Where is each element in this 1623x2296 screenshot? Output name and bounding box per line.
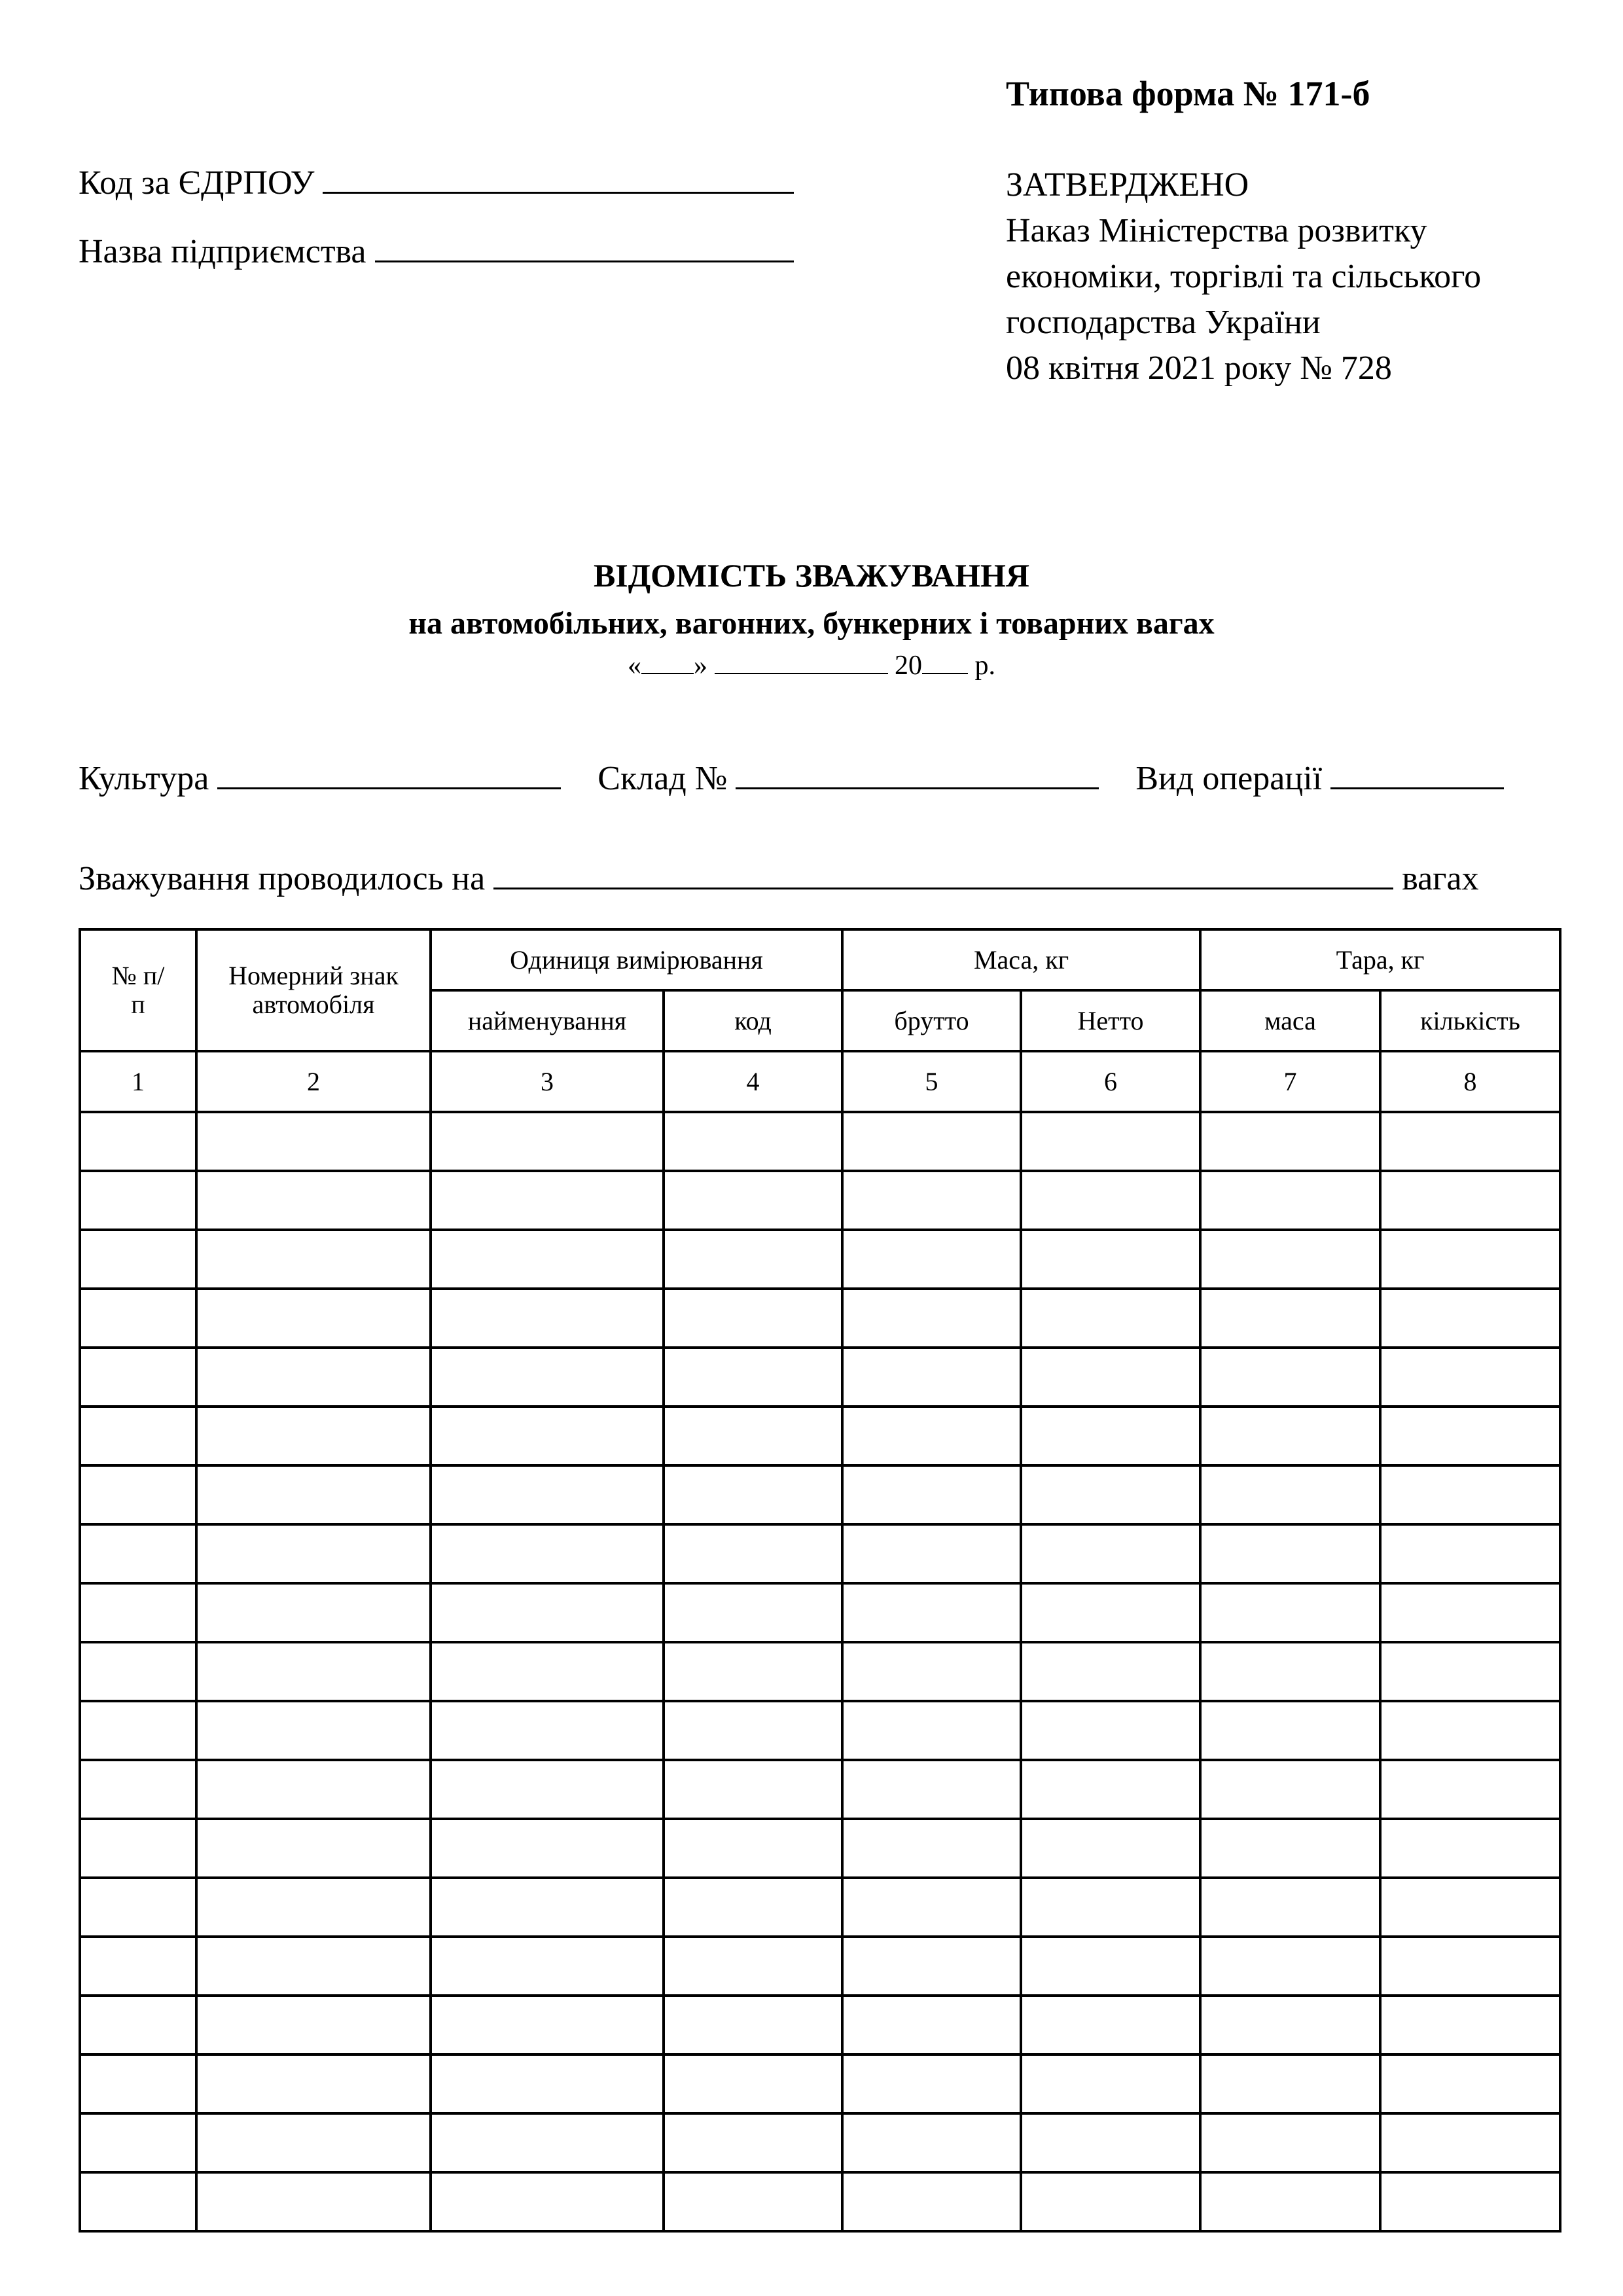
cell-unit-code[interactable] [664, 1112, 842, 1171]
cell-plate[interactable] [196, 1819, 431, 1878]
cell-tare-mass[interactable] [1200, 1524, 1380, 1583]
cell-number[interactable] [80, 1996, 196, 2054]
cell-gross[interactable] [842, 2172, 1021, 2231]
cell-gross[interactable] [842, 1407, 1021, 1465]
cell-unit-name[interactable] [431, 1171, 664, 1230]
operation-label: Вид операції [1135, 760, 1322, 797]
edrpou-field[interactable] [323, 166, 794, 194]
cell-tare-quantity[interactable] [1380, 1996, 1560, 2054]
approval-line: економіки, торгівлі та сільського [1006, 254, 1481, 300]
cell-tare-quantity[interactable] [1380, 1760, 1560, 1819]
cell-tare-quantity[interactable] [1380, 1230, 1560, 1289]
cell-plate[interactable] [196, 1112, 431, 1171]
cell-plate[interactable] [196, 1289, 431, 1348]
cell-tare-mass[interactable] [1200, 1937, 1380, 1996]
cell-unit-name[interactable] [431, 1407, 664, 1465]
culture-label: Культура [79, 760, 209, 797]
table-row [80, 1348, 1560, 1407]
table-row [80, 1701, 1560, 1760]
cell-net[interactable] [1021, 1583, 1200, 1642]
date-close-quote: » [694, 651, 707, 681]
column-number: 1 [80, 1051, 196, 1112]
cell-tare-quantity[interactable] [1380, 2054, 1560, 2113]
cell-tare-mass[interactable] [1200, 1642, 1380, 1701]
cell-number[interactable] [80, 1230, 196, 1289]
cell-unit-name[interactable] [431, 1465, 664, 1524]
cell-unit-code[interactable] [664, 1583, 842, 1642]
cell-gross[interactable] [842, 1289, 1021, 1348]
approval-line: господарства України [1006, 300, 1481, 346]
cell-unit-code[interactable] [664, 1289, 842, 1348]
column-number: 7 [1200, 1051, 1380, 1112]
document-title: ВІДОМІСТЬ ЗВАЖУВАННЯ [0, 556, 1623, 594]
cell-tare-mass[interactable] [1200, 1112, 1380, 1171]
operation-field[interactable] [1330, 761, 1504, 789]
culture-field[interactable] [217, 761, 561, 789]
cell-net[interactable] [1021, 1230, 1200, 1289]
cell-number[interactable] [80, 1878, 196, 1937]
cell-unit-code[interactable] [664, 1524, 842, 1583]
cell-net[interactable] [1021, 1878, 1200, 1937]
cell-plate[interactable] [196, 1407, 431, 1465]
weighing-scales-field[interactable] [493, 861, 1393, 889]
cell-net[interactable] [1021, 1465, 1200, 1524]
cell-plate[interactable] [196, 1348, 431, 1407]
cell-net[interactable] [1021, 1760, 1200, 1819]
cell-tare-mass[interactable] [1200, 2113, 1380, 2172]
cell-number[interactable] [80, 1760, 196, 1819]
cell-net[interactable] [1021, 2113, 1200, 2172]
date-month-field[interactable] [715, 653, 888, 674]
enterprise-name-field[interactable] [375, 234, 794, 262]
column-number-row: 1 2 3 4 5 6 7 8 [80, 1051, 1560, 1112]
cell-net[interactable] [1021, 1112, 1200, 1171]
cell-tare-mass[interactable] [1200, 1348, 1380, 1407]
cell-plate[interactable] [196, 1701, 431, 1760]
cell-gross[interactable] [842, 1524, 1021, 1583]
warehouse-label: Склад № [597, 760, 727, 797]
table-row [80, 1819, 1560, 1878]
table-row [80, 2113, 1560, 2172]
header-gross: брутто [842, 990, 1021, 1051]
cell-number[interactable] [80, 2172, 196, 2231]
cell-unit-code[interactable] [664, 2054, 842, 2113]
cell-plate[interactable] [196, 2054, 431, 2113]
cell-tare-quantity[interactable] [1380, 1348, 1560, 1407]
cell-number[interactable] [80, 1642, 196, 1701]
cell-unit-code[interactable] [664, 1348, 842, 1407]
header-unit-name: найменування [431, 990, 664, 1051]
cell-unit-name[interactable] [431, 2054, 664, 2113]
date-year-field[interactable] [922, 653, 968, 674]
cell-gross[interactable] [842, 1642, 1021, 1701]
cell-plate[interactable] [196, 1583, 431, 1642]
cell-unit-code[interactable] [664, 1465, 842, 1524]
column-number: 6 [1021, 1051, 1200, 1112]
cell-gross[interactable] [842, 2054, 1021, 2113]
cell-tare-mass[interactable] [1200, 1878, 1380, 1937]
table-row [80, 1583, 1560, 1642]
cell-tare-quantity[interactable] [1380, 1583, 1560, 1642]
table-row [80, 1407, 1560, 1465]
column-number: 2 [196, 1051, 431, 1112]
table-row [80, 2172, 1560, 2231]
cell-tare-mass[interactable] [1200, 1230, 1380, 1289]
cell-unit-code[interactable] [664, 2172, 842, 2231]
approval-line: Наказ Міністерства розвитку [1006, 208, 1481, 254]
document-date: «» 20 р. [0, 650, 1623, 681]
cell-unit-code[interactable] [664, 1996, 842, 2054]
cell-unit-name[interactable] [431, 1937, 664, 1996]
cell-plate[interactable] [196, 1760, 431, 1819]
cell-number[interactable] [80, 1171, 196, 1230]
cell-tare-mass[interactable] [1200, 1701, 1380, 1760]
cell-net[interactable] [1021, 1289, 1200, 1348]
cell-plate[interactable] [196, 1524, 431, 1583]
header-unit-group: Одиниця вимірювання [431, 929, 842, 990]
header-net: Нетто [1021, 990, 1200, 1051]
cell-plate[interactable] [196, 1171, 431, 1230]
details-row: Культура Склад № Вид операції [79, 759, 1559, 798]
header-unit-code: код [664, 990, 842, 1051]
cell-number[interactable] [80, 1465, 196, 1524]
cell-tare-mass[interactable] [1200, 1465, 1380, 1524]
cell-tare-mass[interactable] [1200, 2054, 1380, 2113]
cell-unit-code[interactable] [664, 1701, 842, 1760]
cell-tare-quantity[interactable] [1380, 1524, 1560, 1583]
cell-tare-mass[interactable] [1200, 1819, 1380, 1878]
table-row [80, 1760, 1560, 1819]
cell-net[interactable] [1021, 1937, 1200, 1996]
cell-net[interactable] [1021, 2172, 1200, 2231]
cell-number[interactable] [80, 1348, 196, 1407]
column-number: 3 [431, 1051, 664, 1112]
cell-net[interactable] [1021, 2054, 1200, 2113]
cell-plate[interactable] [196, 2172, 431, 2231]
edrpou-row: Код за ЄДРПОУ [79, 164, 794, 202]
cell-unit-name[interactable] [431, 1112, 664, 1171]
cell-gross[interactable] [842, 1878, 1021, 1937]
cell-unit-name[interactable] [431, 1230, 664, 1289]
cell-gross[interactable] [842, 1937, 1021, 1996]
table-row [80, 1230, 1560, 1289]
cell-tare-mass[interactable] [1200, 1760, 1380, 1819]
cell-number[interactable] [80, 1407, 196, 1465]
cell-unit-name[interactable] [431, 1878, 664, 1937]
cell-tare-quantity[interactable] [1380, 1642, 1560, 1701]
enterprise-name-label: Назва підприємства [79, 233, 366, 270]
table-row [80, 1465, 1560, 1524]
table-row [80, 1524, 1560, 1583]
cell-net[interactable] [1021, 1701, 1200, 1760]
edrpou-label: Код за ЄДРПОУ [79, 164, 314, 202]
cell-unit-name[interactable] [431, 1819, 664, 1878]
date-open-quote: « [628, 651, 641, 681]
date-year-prefix: 20 [895, 651, 922, 681]
cell-tare-quantity[interactable] [1380, 2113, 1560, 2172]
cell-gross[interactable] [842, 2113, 1021, 2172]
cell-unit-code[interactable] [664, 1878, 842, 1937]
approval-block: ЗАТВЕРДЖЕНО Наказ Міністерства розвитку … [1006, 162, 1481, 391]
cell-plate[interactable] [196, 1996, 431, 2054]
cell-tare-quantity[interactable] [1380, 1407, 1560, 1465]
cell-number[interactable] [80, 1289, 196, 1348]
cell-net[interactable] [1021, 1642, 1200, 1701]
cell-tare-mass[interactable] [1200, 1171, 1380, 1230]
cell-unit-code[interactable] [664, 1642, 842, 1701]
cell-plate[interactable] [196, 1878, 431, 1937]
cell-tare-quantity[interactable] [1380, 1819, 1560, 1878]
cell-unit-name[interactable] [431, 2172, 664, 2231]
weighing-row: Зважування проводилось на вагах [79, 859, 1479, 898]
column-number: 4 [664, 1051, 842, 1112]
cell-unit-name[interactable] [431, 1348, 664, 1407]
cell-gross[interactable] [842, 1583, 1021, 1642]
table-row [80, 1996, 1560, 2054]
cell-unit-code[interactable] [664, 1760, 842, 1819]
cell-number[interactable] [80, 1112, 196, 1171]
table-row [80, 1171, 1560, 1230]
cell-number[interactable] [80, 1583, 196, 1642]
cell-unit-code[interactable] [664, 1230, 842, 1289]
cell-unit-code[interactable] [664, 1937, 842, 1996]
header-plate: Номерний знак автомобіля [196, 929, 431, 1051]
cell-unit-name[interactable] [431, 1760, 664, 1819]
cell-number[interactable] [80, 1819, 196, 1878]
cell-unit-name[interactable] [431, 1701, 664, 1760]
cell-tare-quantity[interactable] [1380, 1701, 1560, 1760]
cell-gross[interactable] [842, 1465, 1021, 1524]
date-suffix: р. [975, 651, 996, 681]
cell-tare-mass[interactable] [1200, 2172, 1380, 2231]
table-row [80, 1878, 1560, 1937]
cell-tare-mass[interactable] [1200, 1996, 1380, 2054]
table-row [80, 2054, 1560, 2113]
cell-tare-quantity[interactable] [1380, 1937, 1560, 1996]
cell-number[interactable] [80, 1701, 196, 1760]
cell-tare-quantity[interactable] [1380, 1289, 1560, 1348]
cell-gross[interactable] [842, 1760, 1021, 1819]
cell-gross[interactable] [842, 1112, 1021, 1171]
cell-net[interactable] [1021, 1348, 1200, 1407]
form-number: Типова форма № 171-б [1006, 73, 1370, 114]
cell-plate[interactable] [196, 1642, 431, 1701]
cell-plate[interactable] [196, 1937, 431, 1996]
warehouse-field[interactable] [736, 761, 1099, 789]
cell-unit-name[interactable] [431, 1524, 664, 1583]
cell-gross[interactable] [842, 1348, 1021, 1407]
cell-unit-name[interactable] [431, 2113, 664, 2172]
cell-tare-quantity[interactable] [1380, 1112, 1560, 1171]
cell-number[interactable] [80, 2054, 196, 2113]
cell-unit-name[interactable] [431, 1996, 664, 2054]
column-number: 5 [842, 1051, 1021, 1112]
approval-heading: ЗАТВЕРДЖЕНО [1006, 162, 1481, 208]
table-row [80, 1289, 1560, 1348]
cell-tare-mass[interactable] [1200, 1289, 1380, 1348]
cell-number[interactable] [80, 2113, 196, 2172]
cell-tare-quantity[interactable] [1380, 1878, 1560, 1937]
cell-number[interactable] [80, 1524, 196, 1583]
weighing-label: Зважування проводилось на [79, 860, 485, 897]
weighing-table: № п/п Номерний знак автомобіля Одиниця в… [79, 928, 1561, 2233]
approval-line: 08 квітня 2021 року № 728 [1006, 346, 1481, 391]
cell-gross[interactable] [842, 1996, 1021, 2054]
cell-unit-code[interactable] [664, 1407, 842, 1465]
weighing-suffix: вагах [1402, 860, 1478, 897]
header-mass-group: Маса, кг [842, 929, 1200, 990]
cell-plate[interactable] [196, 1230, 431, 1289]
table-row [80, 1642, 1560, 1701]
cell-net[interactable] [1021, 1996, 1200, 2054]
cell-plate[interactable] [196, 1465, 431, 1524]
cell-unit-name[interactable] [431, 1583, 664, 1642]
cell-tare-mass[interactable] [1200, 1407, 1380, 1465]
cell-number[interactable] [80, 1937, 196, 1996]
column-number: 8 [1380, 1051, 1560, 1112]
cell-net[interactable] [1021, 1171, 1200, 1230]
header-tare-mass: маса [1200, 990, 1380, 1051]
header-tare-group: Тара, кг [1200, 929, 1560, 990]
cell-tare-quantity[interactable] [1380, 1171, 1560, 1230]
cell-tare-quantity[interactable] [1380, 1465, 1560, 1524]
cell-gross[interactable] [842, 1171, 1021, 1230]
cell-unit-code[interactable] [664, 2113, 842, 2172]
table-row [80, 1112, 1560, 1171]
cell-net[interactable] [1021, 1524, 1200, 1583]
cell-tare-quantity[interactable] [1380, 2172, 1560, 2231]
cell-gross[interactable] [842, 1230, 1021, 1289]
header-tare-quantity: кількість [1380, 990, 1560, 1051]
document-subtitle: на автомобільних, вагонних, бункерних і … [0, 605, 1623, 641]
cell-gross[interactable] [842, 1701, 1021, 1760]
cell-unit-code[interactable] [664, 1171, 842, 1230]
enterprise-name-row: Назва підприємства [79, 232, 794, 271]
table-row [80, 1937, 1560, 1996]
cell-tare-mass[interactable] [1200, 1583, 1380, 1642]
cell-unit-name[interactable] [431, 1642, 664, 1701]
cell-plate[interactable] [196, 2113, 431, 2172]
cell-unit-name[interactable] [431, 1289, 664, 1348]
cell-unit-code[interactable] [664, 1819, 842, 1878]
header-number: № п/п [80, 929, 196, 1051]
cell-gross[interactable] [842, 1819, 1021, 1878]
cell-net[interactable] [1021, 1819, 1200, 1878]
date-day-field[interactable] [641, 653, 694, 674]
cell-net[interactable] [1021, 1407, 1200, 1465]
